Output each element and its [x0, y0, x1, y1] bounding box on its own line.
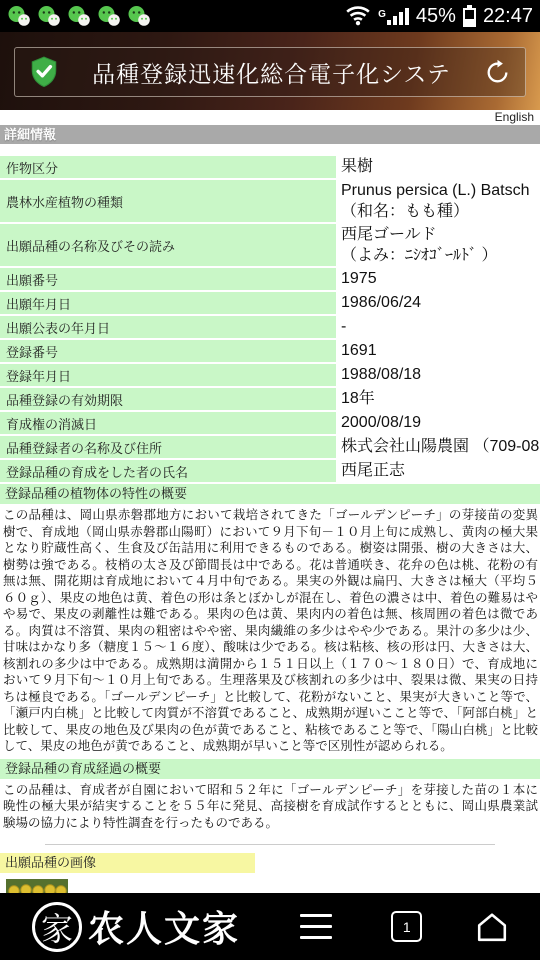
wifi-icon [345, 6, 371, 26]
network-type: G [378, 9, 386, 20]
battery-icon [463, 8, 476, 27]
table-row: 農林水産植物の種類 Prunus persica (L.) Batsch （和名… [0, 180, 540, 222]
detail-info-header: 詳細情報 [0, 125, 540, 144]
table-row: 出願番号 1975 [0, 268, 540, 290]
notification-icons [7, 5, 151, 27]
wechat-notification-icon [127, 5, 151, 27]
table-row: 登録年月日 1988/08/18 [0, 364, 540, 386]
section-header: 登録品種の育成経過の概要 [0, 759, 540, 779]
phone-screen: G 45% 22:47 品種登録迅速化総合電子化システ English 詳細情報 [0, 0, 540, 960]
table-row: 育成権の消滅日 2000/08/19 [0, 412, 540, 434]
info-table: 作物区分 果樹 農林水産植物の種類 Prunus persica (L.) Ba… [0, 156, 540, 482]
field-value: Prunus persica (L.) Batsch （和名：もも種） [336, 180, 540, 222]
wechat-notification-icon [7, 5, 31, 27]
battery-percent: 45% [416, 0, 456, 32]
field-value: 果樹 [336, 156, 540, 178]
verified-shield-icon [29, 56, 59, 88]
field-value: 1986/06/24 [336, 292, 540, 314]
field-value: 西尾正志 [336, 460, 540, 482]
table-row: 出願年月日 1986/06/24 [0, 292, 540, 314]
status-bar: G 45% 22:47 [0, 0, 540, 32]
field-label: 出願番号 [0, 268, 336, 290]
home-icon[interactable] [476, 911, 508, 943]
field-value: 株式会社山陽農園 （709-0831 岡山県 [336, 436, 540, 458]
refresh-icon[interactable] [484, 59, 511, 86]
field-value: - [336, 316, 540, 338]
language-switch-row: English [0, 110, 540, 125]
field-label: 品種登録の有効期限 [0, 388, 336, 410]
web-content: English 詳細情報 作物区分 果樹 農林水産植物の種類 Prunus pe… [0, 110, 540, 893]
field-label: 品種登録者の名称及び住所 [0, 436, 336, 458]
table-row: 品種登録者の名称及び住所 株式会社山陽農園 （709-0831 岡山県 [0, 436, 540, 458]
wechat-notification-icon [67, 5, 91, 27]
table-row: 登録品種の育成をした者の氏名 西尾正志 [0, 460, 540, 482]
variety-image-header: 出願品種の画像 [0, 853, 255, 873]
field-label: 登録年月日 [0, 364, 336, 386]
field-label: 登録品種の育成をした者の氏名 [0, 460, 336, 482]
field-label: 出願公表の年月日 [0, 316, 336, 338]
field-label: 農林水産植物の種類 [0, 180, 336, 222]
browser-header: 品種登録迅速化総合電子化システ [0, 32, 540, 110]
wechat-notification-icon [37, 5, 61, 27]
field-value: 1691 [336, 340, 540, 362]
field-value: 18年 [336, 388, 540, 410]
field-value: 西尾ゴールド （よみ：ﾆｼｵｺﾞｰﾙﾄﾞ ） [336, 224, 540, 266]
divider [45, 844, 495, 845]
field-value: 1988/08/18 [336, 364, 540, 386]
table-row: 登録番号 1691 [0, 340, 540, 362]
brand-watermark: 家 农人文家 [32, 901, 240, 952]
table-row: 作物区分 果樹 [0, 156, 540, 178]
bottom-nav-bar: 家 农人文家 1 [0, 893, 540, 960]
section-body: この品種は、育成者が自園において昭和５２年に「ゴールデンピーチ」を芽接した苗の１… [0, 781, 540, 836]
field-label: 出願年月日 [0, 292, 336, 314]
page-title: 品種登録迅速化総合電子化システ [59, 56, 484, 89]
recent-apps-icon[interactable]: 1 [391, 911, 422, 942]
variety-photo-thumbnail[interactable] [6, 879, 68, 893]
field-label: 育成権の消滅日 [0, 412, 336, 434]
table-row: 出願品種の名称及びその読み 西尾ゴールド （よみ：ﾆｼｵｺﾞｰﾙﾄﾞ ） [0, 224, 540, 266]
table-row: 品種登録の有効期限 18年 [0, 388, 540, 410]
brand-seal-logo: 家 [32, 902, 82, 952]
cell-signal-icon: G [378, 8, 409, 25]
field-label: 登録番号 [0, 340, 336, 362]
clock: 22:47 [483, 0, 533, 32]
section-body: この品種は、岡山県赤磐郡地方において栽培されてきた「ゴールデンピーチ」の芽接苗の… [0, 506, 540, 759]
field-value: 2000/08/19 [336, 412, 540, 434]
field-label: 作物区分 [0, 156, 336, 178]
title-bar: 品種登録迅速化総合電子化システ [14, 47, 526, 97]
field-value: 1975 [336, 268, 540, 290]
section-breeding-history: 登録品種の育成経過の概要 この品種は、育成者が自園において昭和５２年に「ゴールデ… [0, 759, 540, 836]
menu-icon[interactable] [294, 908, 338, 945]
section-characteristics: 登録品種の植物体の特性の概要 この品種は、岡山県赤磐郡地方において栽培されてきた… [0, 484, 540, 759]
brand-text: 农人文家 [88, 901, 240, 952]
table-row: 出願公表の年月日 - [0, 316, 540, 338]
english-link[interactable]: English [495, 110, 534, 124]
field-label: 出願品種の名称及びその読み [0, 224, 336, 266]
wechat-notification-icon [97, 5, 121, 27]
section-header: 登録品種の植物体の特性の概要 [0, 484, 540, 504]
